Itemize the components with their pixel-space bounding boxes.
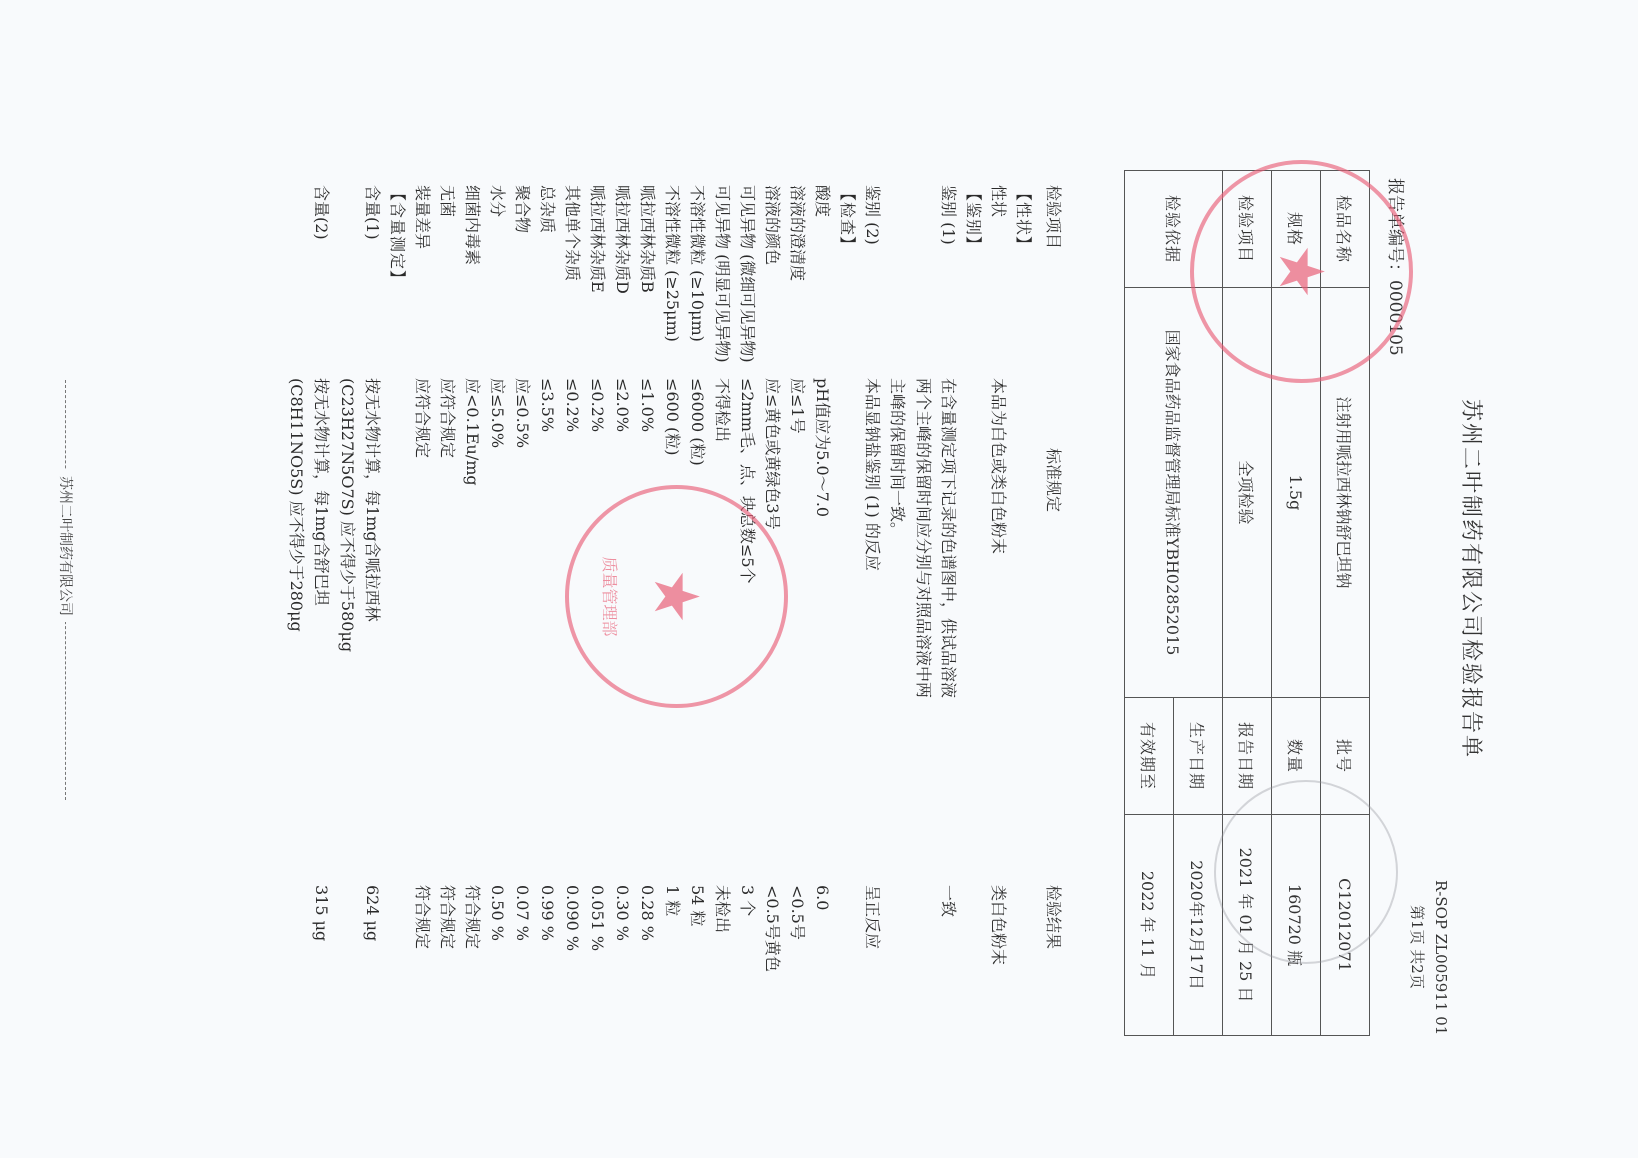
table-row: 鉴别 (1)在含量测定项下记录的色谱图中，供试品溶液两个主峰的保留时间应分别与对…: [885, 185, 961, 1085]
company-seal-header: ★: [1190, 160, 1413, 383]
row-result: 类白色粉末: [986, 885, 1011, 1085]
expiry-value: 2022 年 11 月: [1125, 815, 1174, 1036]
row-item: 鉴别 (1): [936, 185, 961, 370]
row-result: 0.99 %: [535, 885, 560, 1085]
row-result: 0.051 %: [585, 885, 610, 1085]
row-item: 细菌内毒素: [460, 185, 485, 370]
row-result: 6.0: [810, 885, 835, 1085]
row-result: 315 μg: [309, 885, 334, 1085]
report-page: 苏州二叶制药有限公司检验报告单 R-SOP ZL005911 01 第1页 共2…: [0, 0, 1638, 1158]
row-item: 【检查】: [835, 185, 860, 370]
row-standard: ≤3.5%: [535, 378, 560, 708]
column-header-result: 检验结果: [1043, 885, 1066, 949]
star-icon: ★: [1271, 244, 1333, 300]
row-item: 哌拉西林杂质B: [635, 185, 660, 370]
star-icon: ★: [646, 569, 708, 625]
row-result: 未检出: [710, 885, 735, 1085]
qa-seal-text: 质量管理部: [599, 556, 622, 636]
row-standard: 应≤5.0%: [485, 378, 510, 708]
row-standard: 应符合规定: [435, 378, 460, 708]
row-item: 【含量测定】: [385, 185, 410, 370]
row-item: 装量差异: [410, 185, 435, 370]
row-item: 【性状】: [1011, 185, 1036, 370]
row-result: 0.090 %: [560, 885, 585, 1085]
row-item: 含量(2): [309, 185, 334, 370]
row-item: 溶液的颜色: [760, 185, 785, 370]
basis-value: 国家食品药品监督管理局标准YBH02852015: [1125, 288, 1223, 698]
row-result: 1 粒: [660, 885, 685, 1085]
faint-seal: [1214, 780, 1398, 964]
row-standard: 本品显钠盐鉴别 (1) 的反应: [860, 378, 885, 708]
table-row: 聚合物应≤0.5%0.07 %: [510, 185, 535, 1085]
row-item: 哌拉西林杂质D: [610, 185, 635, 370]
row-result: 符合规定: [435, 885, 460, 1085]
row-item: 鉴别 (2): [860, 185, 885, 370]
column-header-standard: 标准规定: [1043, 448, 1066, 512]
row-item: 不溶性微粒 (≥10μm): [685, 185, 710, 370]
row-item: 可见异物 (微细可见异物): [735, 185, 760, 370]
row-result: <0.5号: [785, 885, 810, 1085]
row-standard: 本品为白色或类白色粉末: [986, 378, 1011, 708]
section-header: 【性状】: [1011, 185, 1036, 1085]
row-result: 呈正反应: [860, 885, 885, 1085]
row-item: 总杂质: [535, 185, 560, 370]
row-standard: 按无水物计算，每1mg含舒巴坦 (C8H11NO5S) 应不得少于280μg: [283, 378, 334, 708]
section-header: 【鉴别】: [961, 185, 986, 1085]
row-result: 624 μg: [360, 885, 385, 1085]
row-item: 溶液的澄清度: [785, 185, 810, 370]
column-header-item: 检验项目: [1043, 185, 1066, 249]
row-result: 0.28 %: [635, 885, 660, 1085]
row-result: 0.50 %: [485, 885, 510, 1085]
sop-code: R-SOP ZL005911 01: [1432, 880, 1450, 1035]
page-info: 第1页 共2页: [1407, 905, 1428, 989]
row-result: 符合规定: [460, 885, 485, 1085]
production-date-label: 生产日期: [1174, 698, 1223, 815]
row-item: 其他单个杂质: [560, 185, 585, 370]
row-standard: 应符合规定: [410, 378, 435, 708]
table-row: 性状本品为白色或类白色粉末类白色粉末: [986, 185, 1011, 1085]
qa-seal: 质量管理部 ★: [565, 485, 788, 708]
row-item: 可见异物 (明显可见异物): [710, 185, 735, 370]
row-item: 聚合物: [510, 185, 535, 370]
row-result: 0.07 %: [510, 885, 535, 1085]
table-row: 含量(2)按无水物计算，每1mg含舒巴坦 (C8H11NO5S) 应不得少于28…: [283, 185, 334, 1085]
production-date-value: 2020年12月17日: [1174, 815, 1223, 1036]
report-title: 苏州二叶制药有限公司检验报告单: [1457, 0, 1488, 1158]
table-row: 含量(1)按无水物计算，每1mg含哌拉西林 (C23H27N5O7S) 应不得少…: [334, 185, 385, 1085]
row-result: 3 个: [735, 885, 760, 1085]
row-standard: pH值应为5.0～7.0: [810, 378, 835, 708]
row-item: 酸度: [810, 185, 835, 370]
table-row: 无菌应符合规定符合规定: [435, 185, 460, 1085]
row-item: 水分: [485, 185, 510, 370]
row-result: 一致: [936, 885, 961, 1085]
row-standard: 按无水物计算，每1mg含哌拉西林 (C23H27N5O7S) 应不得少于580μ…: [334, 378, 385, 708]
expiry-label: 有效期至: [1125, 698, 1174, 815]
table-row: 总杂质≤3.5%0.99 %: [535, 185, 560, 1085]
footer-company: 苏州二叶制药有限公司: [56, 470, 76, 622]
table-row: 装量差异应符合规定符合规定: [410, 185, 435, 1085]
table-row: 酸度pH值应为5.0～7.06.0: [810, 185, 835, 1085]
row-item: 【鉴别】: [961, 185, 986, 370]
section-header: 【含量测定】: [385, 185, 410, 1085]
row-result: 0.30 %: [610, 885, 635, 1085]
table-row: 细菌内毒素应<0.1Eu/mg符合规定: [460, 185, 485, 1085]
row-item: 哌拉西林杂质E: [585, 185, 610, 370]
table-row: 鉴别 (2)本品显钠盐鉴别 (1) 的反应呈正反应: [860, 185, 885, 1085]
section-header: 【检查】: [835, 185, 860, 1085]
row-standard: 应<0.1Eu/mg: [460, 378, 485, 708]
row-item: 含量(1): [360, 185, 385, 370]
row-standard: 在含量测定项下记录的色谱图中，供试品溶液两个主峰的保留时间应分别与对照品溶液中两…: [885, 378, 961, 708]
row-item: 无菌: [435, 185, 460, 370]
row-result: <0.5号黄色: [760, 885, 785, 1085]
row-result: 54 粒: [685, 885, 710, 1085]
table-row: 溶液的澄清度应≤1号<0.5号: [785, 185, 810, 1085]
row-result: 符合规定: [410, 885, 435, 1085]
row-standard: 应≤1号: [785, 378, 810, 708]
table-row: 水分应≤5.0%0.50 %: [485, 185, 510, 1085]
row-standard: 应≤0.5%: [510, 378, 535, 708]
row-item: 不溶性微粒 (≥25μm): [660, 185, 685, 370]
row-item: 性状: [986, 185, 1011, 370]
